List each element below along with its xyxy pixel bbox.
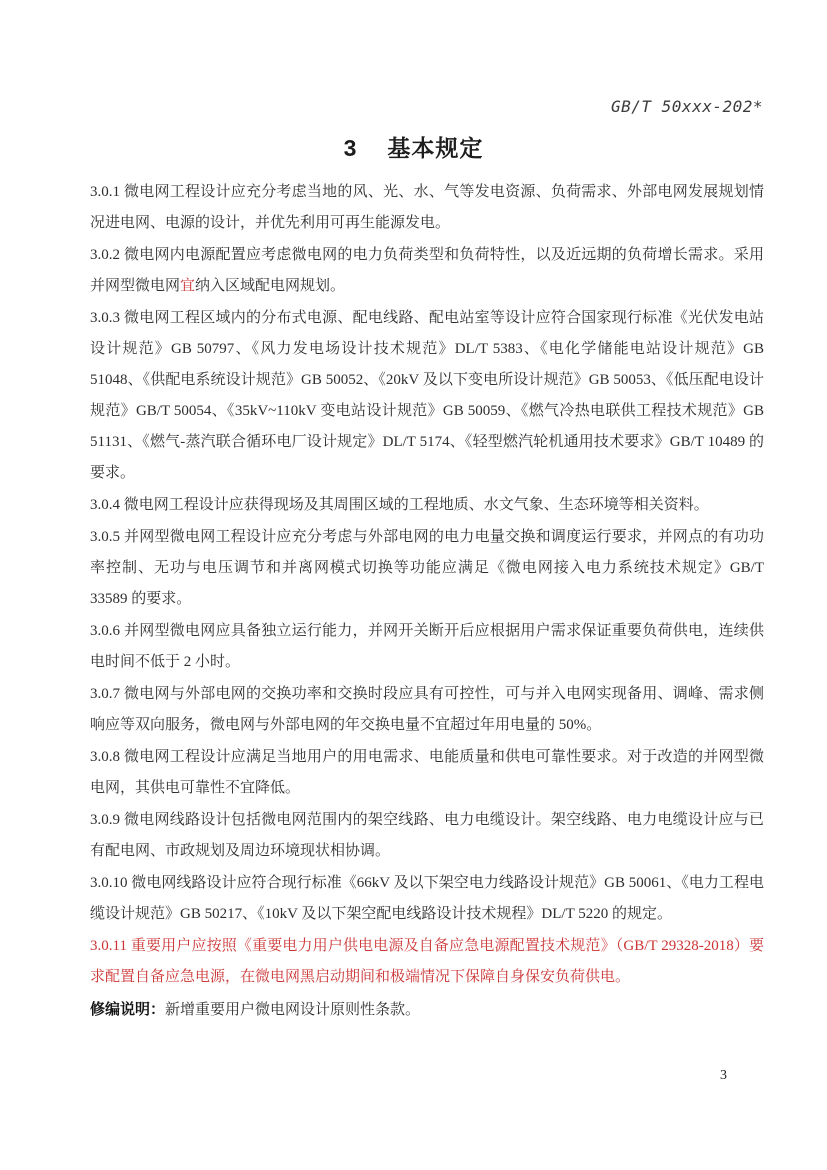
standard-code: GB/T 50xxx-202* — [611, 97, 763, 116]
clause-3-0-9: 3.0.9 微电网线路设计包括微电网范围内的架空线路、电力电缆设计。架空线路、电… — [90, 805, 764, 867]
clause-3-0-1: 3.0.1 微电网工程设计应充分考虑当地的风、光、水、气等发电资源、负荷需求、外… — [90, 177, 764, 239]
document-page: GB/T 50xxx-202* 3基本规定 3.0.1 微电网工程设计应充分考虑… — [0, 0, 827, 1170]
page-number: 3 — [720, 1068, 727, 1083]
clause-3-0-7-text-run: 3.0.7 微电网与外部电网的交换功率和交换时段应具有可控性，可与并入电网实现备… — [90, 686, 764, 733]
clause-3-0-6-text-run: 3.0.6 并网型微电网应具备独立运行能力，并网开关断开后应根据用户需求保证重要… — [90, 623, 764, 670]
clause-3-0-3: 3.0.3 微电网工程区域内的分布式电源、配电线路、配电站室等设计应符合国家现行… — [90, 303, 764, 489]
clause-3-0-7: 3.0.7 微电网与外部电网的交换功率和交换时段应具有可控性，可与并入电网实现备… — [90, 679, 764, 741]
chapter-title: 3基本规定 — [0, 130, 827, 163]
clause-3-0-4-text-run: 3.0.4 微电网工程设计应获得现场及其周围区域的工程地质、水文气象、生态环境等… — [90, 497, 709, 513]
clause-3-0-3-text-run: 3.0.3 微电网工程区域内的分布式电源、配电线路、配电站室等设计应符合国家现行… — [90, 310, 764, 481]
document-body: 3.0.1 微电网工程设计应充分考虑当地的风、光、水、气等发电资源、负荷需求、外… — [90, 177, 764, 1027]
clause-3-0-1-text-run: 3.0.1 微电网工程设计应充分考虑当地的风、光、水、气等发电资源、负荷需求、外… — [90, 184, 764, 231]
clause-3-0-10: 3.0.10 微电网线路设计应符合现行标准《66kV 及以下架空电力线路设计规范… — [90, 868, 764, 930]
clause-3-0-2-text-run: 纳入区域配电网规划。 — [195, 278, 345, 294]
clause-3-0-8-text-run: 3.0.8 微电网工程设计应满足当地用户的用电需求、电能质量和供电可靠性要求。对… — [90, 749, 764, 796]
clause-3-0-4: 3.0.4 微电网工程设计应获得现场及其周围区域的工程地质、水文气象、生态环境等… — [90, 490, 764, 521]
clause-3-0-2: 3.0.2 微电网内电源配置应考虑微电网的电力负荷类型和负荷特性，以及近远期的负… — [90, 240, 764, 302]
revision-note-text-run: 修编说明： — [90, 1001, 165, 1018]
clause-3-0-11: 3.0.11 重要用户应按照《重要电力用户供电电源及自备应急电源配置技术规范》（… — [90, 931, 764, 993]
revision-note: 修编说明：新增重要用户微电网设计原则性条款。 — [90, 994, 764, 1026]
clause-3-0-9-text-run: 3.0.9 微电网线路设计包括微电网范围内的架空线路、电力电缆设计。架空线路、电… — [90, 812, 764, 859]
clause-3-0-5-text-run: 3.0.5 并网型微电网工程设计应充分考虑与外部电网的电力电量交换和调度运行要求… — [90, 529, 764, 607]
chapter-name: 基本规定 — [387, 135, 483, 161]
clause-3-0-8: 3.0.8 微电网工程设计应满足当地用户的用电需求、电能质量和供电可靠性要求。对… — [90, 742, 764, 804]
clause-3-0-2-text-run: 宜 — [180, 278, 195, 294]
clause-3-0-5: 3.0.5 并网型微电网工程设计应充分考虑与外部电网的电力电量交换和调度运行要求… — [90, 522, 764, 615]
chapter-number: 3 — [344, 135, 358, 161]
clause-3-0-10-text-run: 3.0.10 微电网线路设计应符合现行标准《66kV 及以下架空电力线路设计规范… — [90, 875, 764, 922]
clause-3-0-11-text-run: 3.0.11 重要用户应按照《重要电力用户供电电源及自备应急电源配置技术规范》（… — [90, 938, 764, 985]
document-header: GB/T 50xxx-202* — [611, 97, 763, 116]
clause-3-0-6: 3.0.6 并网型微电网应具备独立运行能力，并网开关断开后应根据用户需求保证重要… — [90, 616, 764, 678]
document-footer: 3 — [720, 1068, 727, 1084]
revision-note-text-run: 新增重要用户微电网设计原则性条款。 — [165, 1002, 420, 1018]
